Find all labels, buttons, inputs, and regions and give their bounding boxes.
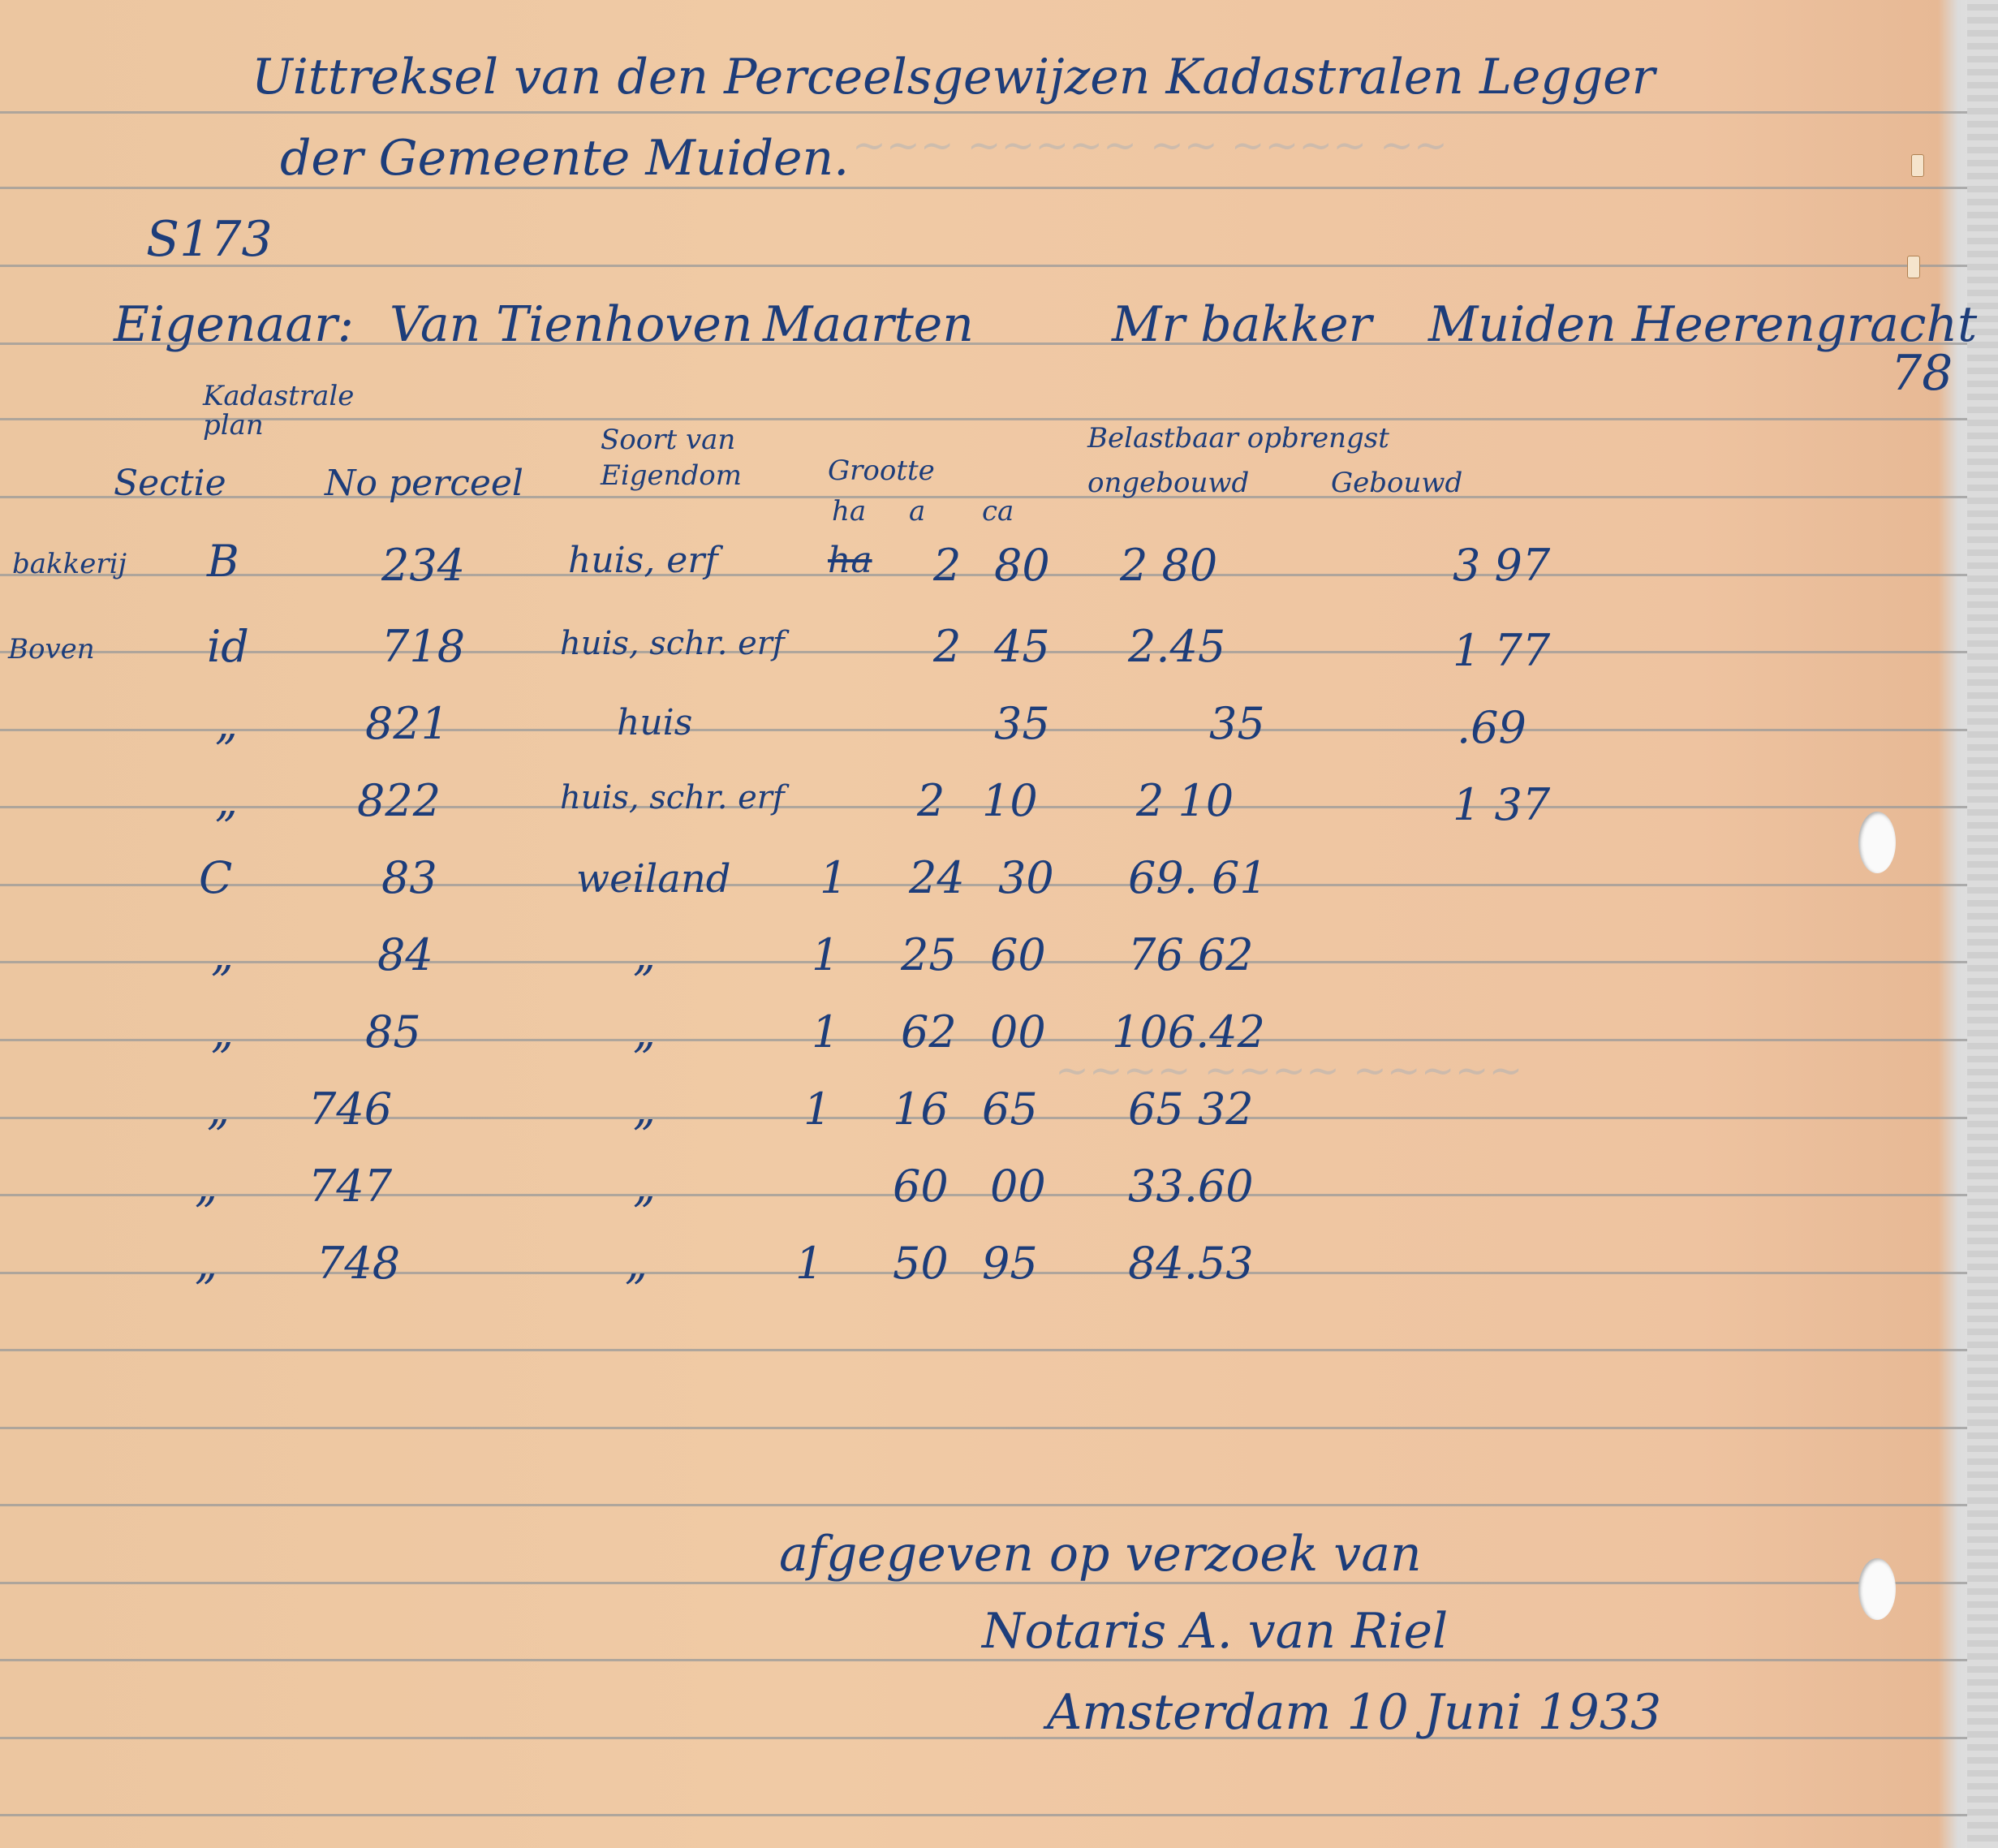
cell-sectie: „: [195, 1238, 217, 1289]
closing-place-date: Amsterdam 10 Juni 1933: [1047, 1684, 1661, 1741]
cell-ca: 00: [990, 1161, 1046, 1212]
bleed-through-text: ~~~ ~~~~~ ~~ ~~~~ ~~: [852, 122, 1448, 169]
cell-ha: 1: [803, 1083, 831, 1135]
cell-ha: 1: [812, 929, 839, 980]
cell-ongebouwd: 106.42: [1112, 1006, 1265, 1058]
closing-issued-on-request: afgegeven op verzoek van: [779, 1526, 1422, 1583]
ruled-line: [0, 729, 1968, 731]
header-unit-ha: ha: [832, 495, 866, 528]
ruled-line: [0, 1194, 1968, 1196]
cell-soort: „: [633, 1006, 656, 1058]
cell-soort: huis: [617, 702, 692, 743]
cell-ca: 00: [990, 1006, 1046, 1058]
cell-a: 25: [901, 929, 957, 980]
ruled-line: [0, 111, 1968, 114]
ruled-line: [0, 1427, 1968, 1429]
binder-edge: [1967, 0, 1998, 1848]
header-soort-van-eigendom: Soort van Eigendom: [601, 422, 779, 493]
owner-first-name: Maarten: [763, 296, 974, 353]
cell-a: 62: [901, 1006, 957, 1058]
cell-ongebouwd: 76 62: [1128, 929, 1254, 980]
cell-a: 2: [933, 621, 961, 672]
cell-a: 2: [933, 540, 961, 591]
binder-slot: [1911, 154, 1924, 177]
ruled-line: [0, 1504, 1968, 1506]
header-unit-ca: ca: [982, 495, 1014, 528]
ruled-line: [0, 1814, 1968, 1816]
ruled-line: [0, 1737, 1968, 1739]
owner-house-number: 78: [1891, 345, 1953, 402]
cell-perceel: 746: [308, 1083, 392, 1135]
header-kadastrale-plan: Kadastrale plan: [203, 381, 365, 440]
document-title: Uittreksel van den Perceelsgewijzen Kada…: [252, 49, 1655, 106]
punch-hole: [1858, 812, 1896, 873]
owner-occupation: Mr bakker: [1112, 296, 1371, 353]
cell-sectie: „: [215, 698, 238, 749]
cell-ca: 60: [990, 929, 1046, 980]
cell-ongebouwd: 69. 61: [1128, 852, 1268, 903]
cell-sectie: C: [199, 852, 232, 903]
cell-perceel: 85: [365, 1006, 421, 1058]
cell-perceel: 821: [365, 698, 449, 749]
cell-ca: 10: [982, 775, 1038, 826]
header-gebouwd: Gebouwd: [1331, 467, 1462, 499]
cell-sectie: „: [215, 775, 238, 826]
document-page: ~~~ ~~~~~ ~~ ~~~~ ~~ ~~~~ ~~~~ ~~~~~ Uit…: [0, 0, 1998, 1848]
cell-ha: 1: [820, 852, 847, 903]
cell-ca: 45: [994, 621, 1050, 672]
cell-ca: 65: [982, 1083, 1038, 1135]
cell-soort: „: [633, 1161, 656, 1212]
header-belastbaar-opbrengst: Belastbaar opbrengst: [1087, 422, 1389, 454]
cell-ongebouwd: 2.45: [1128, 621, 1225, 672]
cell-sectie: „: [211, 929, 234, 980]
cell-soort: „: [633, 1083, 656, 1135]
cell-gebouwd: 1 37: [1453, 779, 1550, 830]
cell-ongebouwd: 33.60: [1128, 1161, 1254, 1212]
cell-a: 50: [893, 1238, 949, 1289]
cell-perceel: 718: [381, 621, 465, 672]
document-subtitle: der Gemeente Muiden.: [280, 130, 849, 187]
cell-ca: 80: [994, 540, 1050, 591]
cell-a: 60: [893, 1161, 949, 1212]
reference-number: S173: [146, 211, 273, 268]
cell-soort: huis, erf: [568, 540, 718, 581]
cell-sectie: „: [195, 1161, 217, 1212]
cell-soort: „: [633, 929, 656, 980]
cell-soort: weiland: [576, 856, 730, 902]
ruled-line: [0, 1039, 1968, 1041]
owner-label: Eigenaar:: [114, 296, 354, 353]
ruled-line: [0, 187, 1968, 189]
punch-hole: [1858, 1558, 1896, 1620]
row-note: Boven: [8, 633, 95, 666]
cell-sectie: „: [211, 1006, 234, 1058]
ruled-line: [0, 884, 1968, 886]
header-nr-perceel: No perceel: [325, 463, 523, 504]
ruled-line: [0, 265, 1968, 267]
closing-notary-name: Notaris A. van Riel: [982, 1603, 1448, 1660]
ruled-line: [0, 574, 1968, 576]
cell-sectie: „: [207, 1083, 230, 1135]
cell-gebouwd: .69: [1457, 702, 1526, 753]
cell-perceel: 84: [377, 929, 433, 980]
struck-text: ha: [828, 540, 872, 581]
ruled-line: [0, 651, 1968, 653]
cell-perceel: 748: [316, 1238, 400, 1289]
ruled-line: [0, 1349, 1968, 1351]
cell-ongebouwd: 65 32: [1128, 1083, 1254, 1135]
cell-ca: 95: [982, 1238, 1038, 1289]
cell-perceel: 234: [381, 540, 465, 591]
cell-soort: „: [625, 1238, 648, 1289]
cell-perceel: 83: [381, 852, 437, 903]
ruled-line: [0, 961, 1968, 963]
cell-a: 24: [909, 852, 965, 903]
cell-ca: 35: [994, 698, 1050, 749]
row-note: bakkerij: [12, 548, 127, 580]
cell-ongebouwd: 84.53: [1128, 1238, 1254, 1289]
cell-soort: huis, schr. erf: [560, 779, 785, 816]
cell-perceel: 747: [308, 1161, 392, 1212]
cell-soort: huis, schr. erf: [560, 625, 785, 662]
cell-a: 2: [917, 775, 945, 826]
header-unit-a: a: [909, 495, 925, 528]
owner-surname: Van Tienhoven: [390, 296, 752, 353]
cell-a: 16: [893, 1083, 949, 1135]
cell-ongebouwd: 35: [1209, 698, 1265, 749]
cell-sectie: id: [207, 621, 249, 672]
cell-ca: 30: [998, 852, 1054, 903]
cell-ongebouwd: 2 80: [1120, 540, 1217, 591]
header-sectie: Sectie: [114, 463, 226, 504]
cell-ongebouwd: 2 10: [1136, 775, 1234, 826]
cell-perceel: 822: [357, 775, 441, 826]
header-ongebouwd: ongebouwd: [1087, 467, 1249, 499]
cell-ha: 1: [795, 1238, 823, 1289]
binder-slot: [1907, 256, 1920, 278]
header-grootte: Grootte: [828, 454, 935, 487]
cell-sectie: B: [207, 536, 239, 587]
cell-gebouwd: 3 97: [1453, 540, 1550, 591]
cell-gebouwd: 1 77: [1453, 625, 1550, 676]
cell-ha: 1: [812, 1006, 839, 1058]
